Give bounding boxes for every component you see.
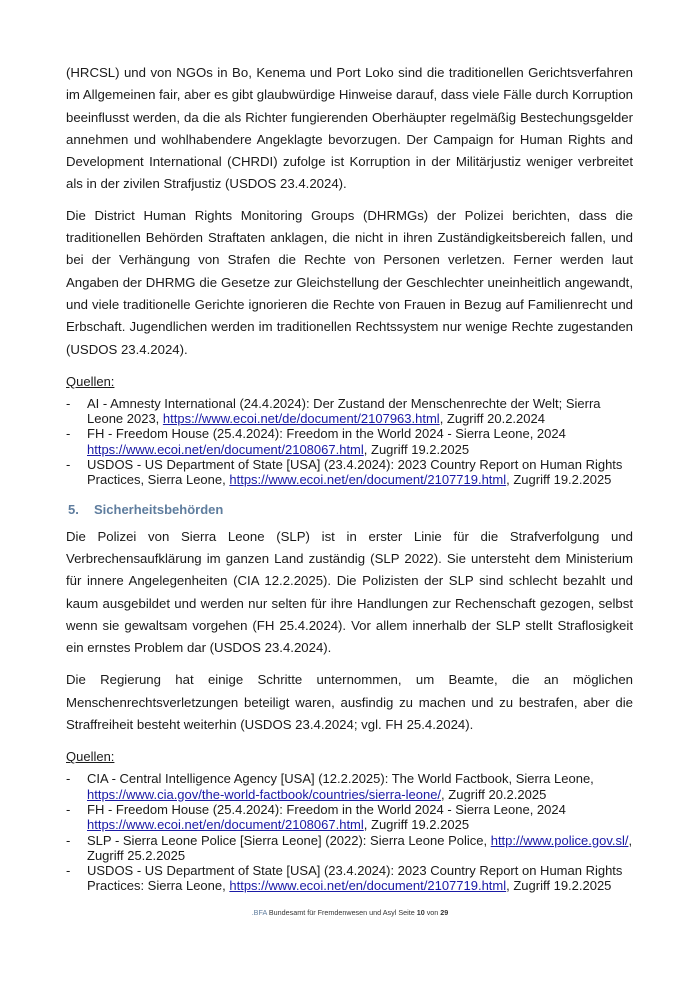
sources-label: Quellen:	[66, 748, 633, 766]
section-title: Sicherheitsbehörden	[94, 502, 223, 517]
source-access-date: , Zugriff 19.2.2025	[506, 472, 611, 487]
source-text: CIA - Central Intelligence Agency [USA] …	[87, 771, 594, 786]
page-footer: .BFA Bundesamt für Fremdenwesen und Asyl…	[0, 908, 700, 917]
footer-of: von	[425, 908, 441, 917]
source-access-date: , Zugriff 20.2.2024	[440, 411, 545, 426]
paragraph-police: Die Polizei von Sierra Leone (SLP) ist i…	[66, 526, 633, 660]
source-link[interactable]: https://www.ecoi.net/en/document/2108067…	[87, 442, 364, 457]
source-item: AI - Amnesty International (24.4.2024): …	[66, 396, 633, 427]
source-text: SLP - Sierra Leone Police [Sierra Leone]…	[87, 833, 491, 848]
source-text: FH - Freedom House (25.4.2024): Freedom …	[87, 802, 566, 817]
source-item: CIA - Central Intelligence Agency [USA] …	[66, 771, 633, 802]
paragraph-dhrmg: Die District Human Rights Monitoring Gro…	[66, 205, 633, 361]
footer-text: Bundesamt für Fremdenwesen und Asyl Seit…	[267, 908, 417, 917]
source-access-date: , Zugriff 19.2.2025	[506, 878, 611, 893]
source-access-date: , Zugriff 20.2.2025	[441, 787, 546, 802]
document-page: (HRCSL) und von NGOs in Bo, Kenema und P…	[66, 62, 633, 904]
source-item: USDOS - US Department of State [USA] (23…	[66, 863, 633, 894]
sources-list: CIA - Central Intelligence Agency [USA] …	[66, 771, 633, 893]
source-text: FH - Freedom House (25.4.2024): Freedom …	[87, 426, 566, 441]
source-link[interactable]: https://www.ecoi.net/en/document/2107719…	[229, 878, 506, 893]
paragraph-government: Die Regierung hat einige Schritte untern…	[66, 669, 633, 736]
source-link[interactable]: http://www.police.gov.sl/	[491, 833, 629, 848]
sources-list: AI - Amnesty International (24.4.2024): …	[66, 396, 633, 488]
source-link[interactable]: https://www.ecoi.net/en/document/2107719…	[229, 472, 506, 487]
source-link[interactable]: https://www.ecoi.net/de/document/2107963…	[163, 411, 440, 426]
source-access-date: , Zugriff 19.2.2025	[364, 442, 469, 457]
section-number: 5.	[66, 502, 94, 517]
bfa-logo: .BFA	[252, 908, 267, 917]
source-item: SLP - Sierra Leone Police [Sierra Leone]…	[66, 833, 633, 864]
source-link[interactable]: https://www.ecoi.net/en/document/2108067…	[87, 817, 364, 832]
source-item: FH - Freedom House (25.4.2024): Freedom …	[66, 426, 633, 457]
page-total: 29	[440, 908, 448, 917]
source-link[interactable]: https://www.cia.gov/the-world-factbook/c…	[87, 787, 441, 802]
section-heading: 5. Sicherheitsbehörden	[66, 502, 633, 517]
source-item: FH - Freedom House (25.4.2024): Freedom …	[66, 802, 633, 833]
paragraph-traditional-courts: (HRCSL) und von NGOs in Bo, Kenema und P…	[66, 62, 633, 196]
page-number: 10	[417, 908, 425, 917]
source-item: USDOS - US Department of State [USA] (23…	[66, 457, 633, 488]
sources-label: Quellen:	[66, 373, 633, 391]
source-access-date: , Zugriff 19.2.2025	[364, 817, 469, 832]
